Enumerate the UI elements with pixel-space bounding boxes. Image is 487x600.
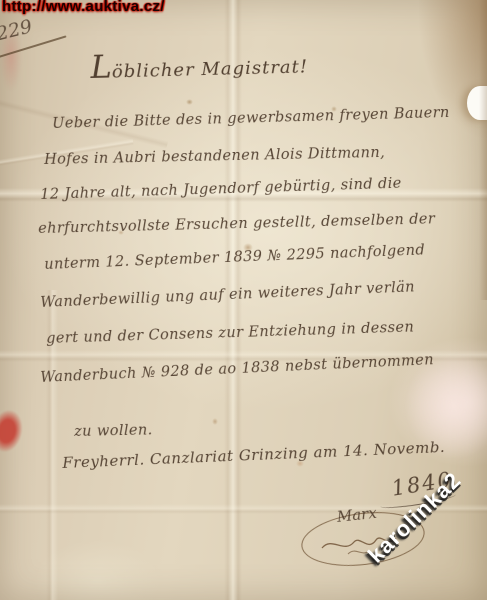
paper-right-edge-shadow [479, 0, 487, 300]
auction-site-url-watermark: http://www.auktiva.cz/ [2, 0, 165, 15]
handwritten-line: Ueber die Bitte des in gewerbsamen freye… [52, 105, 450, 132]
handwritten-line: Wanderbewillig ung auf ein weiteres Jahr… [40, 279, 415, 311]
red-wax-seal-remnant [0, 407, 26, 454]
docket-number: 229 [0, 15, 35, 45]
handwritten-line: ehrfurchtsvollste Ersuchen gestellt, dem… [38, 211, 435, 237]
foxing-spot [186, 99, 193, 105]
handwritten-line: unterm 12. September 1839 № 2295 nachfol… [44, 242, 425, 273]
letter-heading: Löblicher Magistrat! [90, 42, 308, 86]
handwritten-line: 12 Jahre alt, nach Jugendorf gebürtig, s… [40, 176, 402, 203]
handwritten-line: Hofes in Aubri bestandenen Alois Dittman… [44, 145, 385, 168]
handwritten-line: Wanderbuch № 928 de ao 1838 nebst überno… [40, 352, 434, 386]
handwritten-line: gert und der Consens zur Entziehung in d… [46, 319, 414, 347]
letter-photo: 229 Löblicher Magistrat! Ueber die Bitte… [0, 0, 487, 600]
closing-line: Freyherrl. Canzlariat Grinzing am 14. No… [62, 438, 445, 472]
handwritten-line: zu wollen. [74, 422, 153, 440]
foxing-spot [212, 418, 218, 425]
